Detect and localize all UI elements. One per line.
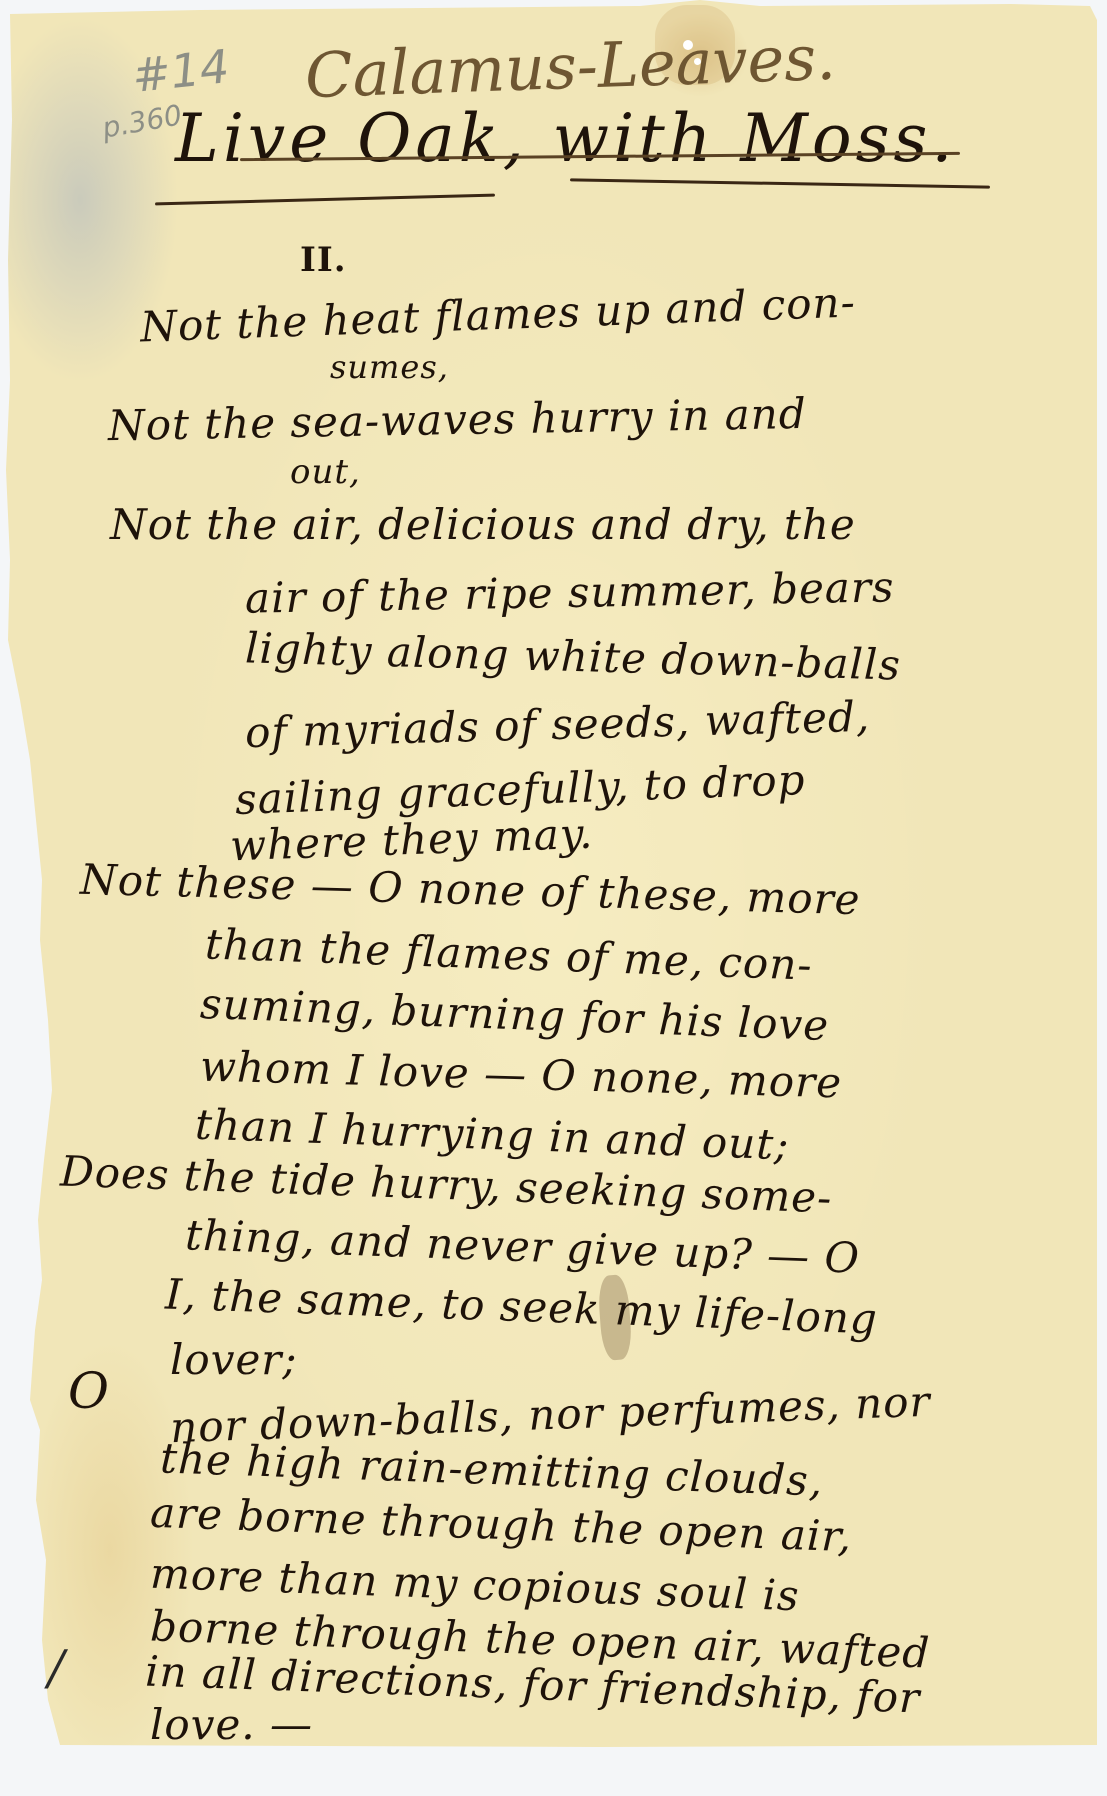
poem-line: love. — [150,1700,313,1749]
poem-line: lover; [170,1335,298,1384]
poem-line: out, [290,452,361,492]
poem-line: Not the air, delicious and dry, the [110,500,856,549]
section-numeral: II. [300,240,347,280]
poem-title: Live Oak, with Moss. [175,100,956,177]
poem-line: sumes, [330,348,449,386]
margin-mark: / [48,1640,65,1696]
archive-number: #14 [129,39,231,103]
poem-line: O [68,1362,110,1420]
